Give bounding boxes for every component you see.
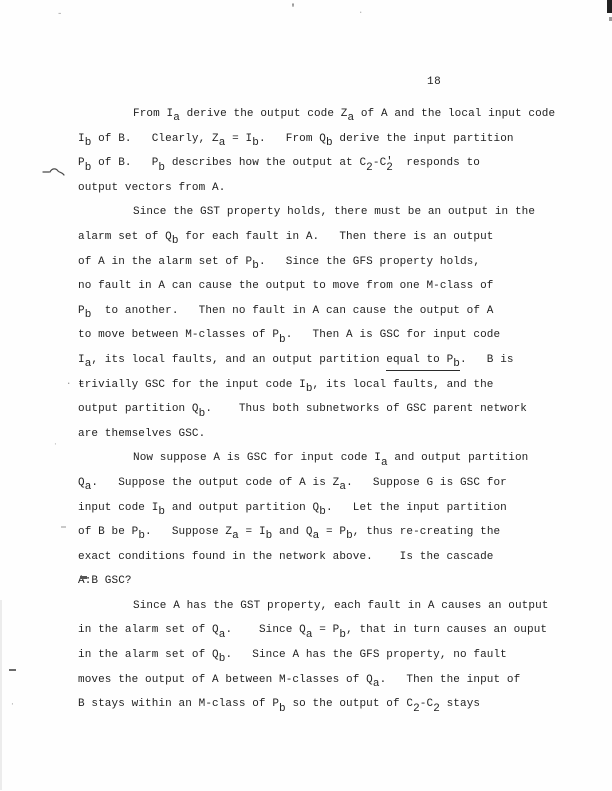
text-line: ŧrivially GSC for the input code Ib, its…	[78, 373, 568, 398]
scan-artifact: ·	[10, 701, 15, 709]
scan-artifact	[9, 669, 16, 671]
page-number: 18	[427, 76, 441, 88]
scan-artifact: ·	[80, 380, 85, 389]
scan-artifact: '	[290, 5, 296, 15]
text-line: alarm set of Qb for each fault in A. The…	[78, 225, 568, 250]
text-line: exact conditions found in the network ab…	[78, 545, 568, 570]
text-line: Pb to another. Then no fault in A can ca…	[78, 299, 568, 324]
document-page: 18 From Ia derive the output code Za of …	[0, 0, 612, 791]
text-line: are themselves GSC.	[78, 422, 568, 447]
text-line: A:B GSC?	[78, 569, 568, 594]
text-line: Since the GST property holds, there must…	[78, 200, 568, 225]
text-line: to move between M-classes of Pb. Then A …	[78, 323, 568, 348]
scan-artifact: ·	[53, 441, 58, 449]
text-line: Since A has the GST property, each fault…	[78, 594, 568, 619]
scan-artifact	[61, 526, 66, 528]
text-line: in the alarm set of Qa. Since Qa = Pb, t…	[78, 618, 568, 643]
scan-artifact	[607, 0, 612, 13]
text-line: output partition Qb. Thus both subnetwor…	[78, 397, 568, 422]
text-line: B stays within an M-class of Pb so the o…	[78, 692, 568, 717]
text-line: Ia, its local faults, and an output part…	[78, 348, 568, 373]
text-line: input code Ib and output partition Qb. L…	[78, 496, 568, 521]
text-line: Pb of B. Pb describes how the output at …	[78, 151, 568, 176]
text-line: Qa. Suppose the output code of A is Za. …	[78, 471, 568, 496]
text-line: of B be Pb. Suppose Za = Ib and Qa = Pb,…	[78, 520, 568, 545]
text-line: Ib of B. Clearly, Za = Ib. From Qb deriv…	[78, 127, 568, 152]
scan-artifact	[80, 576, 87, 579]
text-line: of A in the alarm set of Pb. Since the G…	[78, 250, 568, 275]
text-line: Now suppose A is GSC for input code Ia a…	[78, 446, 568, 471]
scan-artifact: ·	[66, 380, 71, 389]
text-line: in the alarm set of Qb. Since A has the …	[78, 643, 568, 668]
text-line: no fault in A can cause the output to mo…	[78, 274, 568, 299]
text-line: moves the output of A between M-classes …	[78, 668, 568, 693]
text-line: From Ia derive the output code Za of A a…	[78, 102, 568, 127]
typewritten-text: From Ia derive the output code Za of A a…	[78, 102, 568, 717]
scan-artifact: ·	[358, 9, 363, 18]
scan-artifact: -	[57, 10, 62, 19]
scan-artifact	[0, 600, 2, 790]
text-line: output vectors from A.	[78, 176, 568, 201]
margin-squiggle-mark	[42, 164, 68, 178]
